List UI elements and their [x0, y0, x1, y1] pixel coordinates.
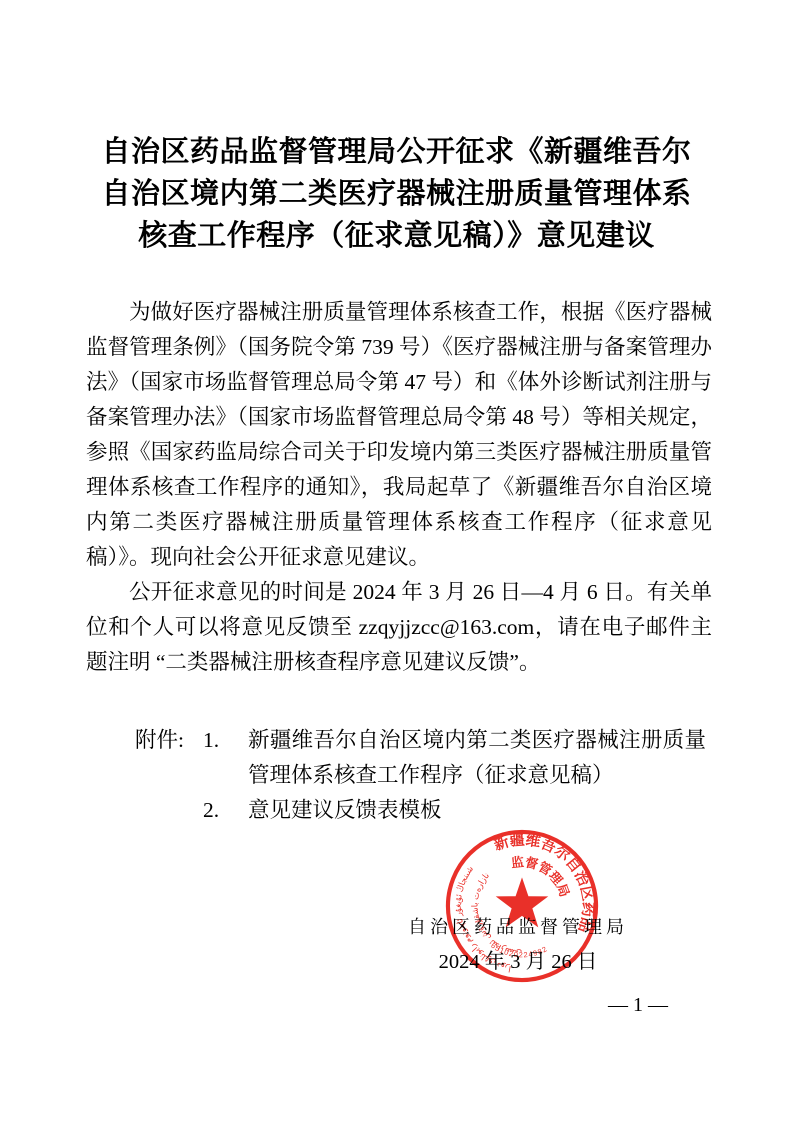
attachments-label: 附件:: [135, 723, 203, 758]
title-line-1: 自治区药品监督管理局公开征求《新疆维吾尔: [0, 131, 793, 173]
attachments-block: 附件: 1. 新疆维吾尔自治区境内第二类医疗器械注册质量管理体系核查工作程序（征…: [135, 723, 735, 828]
page-number: — 1 —: [598, 994, 678, 1017]
attachment-2-title: 意见建议反馈表模板: [248, 793, 706, 828]
attachment-1-number: 1.: [203, 723, 248, 758]
attachment-item-1: 1. 新疆维吾尔自治区境内第二类医疗器械注册质量管理体系核查工作程序（征求意见稿…: [203, 723, 735, 793]
paragraph-basis: 为做好医疗器械注册质量管理体系核查工作，根据《医疗器械监督管理条例》（国务院令第…: [86, 295, 712, 575]
seal-star-icon: [496, 877, 549, 927]
attachment-2-number: 2.: [203, 793, 248, 828]
title-line-2: 自治区境内第二类医疗器械注册质量管理体系: [0, 173, 793, 215]
official-red-seal: 新疆维吾尔自治区药品 监督管理局 شىنجاڭ ئۇيغۇر ئاپتونوم …: [443, 827, 601, 985]
attachment-item-2: 2. 意见建议反馈表模板: [203, 793, 735, 828]
document-title: 自治区药品监督管理局公开征求《新疆维吾尔 自治区境内第二类医疗器械注册质量管理体…: [0, 131, 793, 257]
seal-chinese-text-outer: 新疆维吾尔自治区药品: [492, 830, 598, 934]
scanned-official-document: { "title": { "lines": [ "自治区药品监督管理局公开征求《…: [0, 0, 793, 1122]
document-body: 为做好医疗器械注册质量管理体系核查工作，根据《医疗器械监督管理条例》（国务院令第…: [86, 295, 712, 680]
paragraph-feedback-instructions: 公开征求意见的时间是 2024 年 3 月 26 日—4 月 6 日。有关单位和…: [86, 575, 712, 680]
title-line-3: 核查工作程序（征求意见稿）》意见建议: [0, 215, 793, 257]
attachment-1-title: 新疆维吾尔自治区境内第二类医疗器械注册质量管理体系核查工作程序（征求意见稿）: [248, 723, 706, 793]
